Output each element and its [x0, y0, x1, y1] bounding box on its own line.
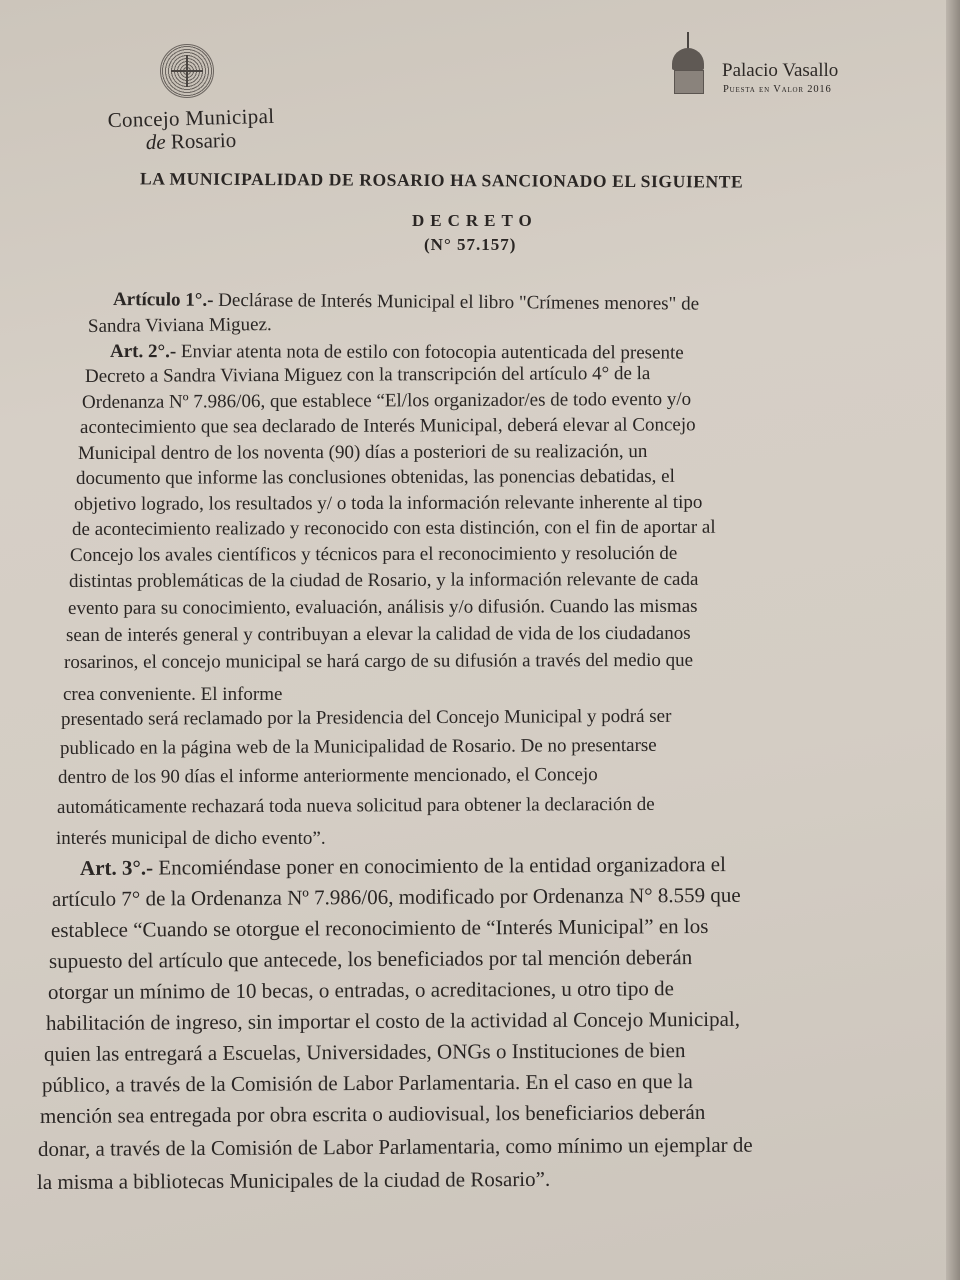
document-title: DECRETO — [412, 211, 538, 231]
text-line: publicado en la página web de la Municip… — [60, 733, 657, 762]
article-2-label: Art. 2°.- — [110, 341, 176, 362]
text-line: sean de interés general y contribuyan a … — [66, 621, 691, 649]
text-line: artículo 7° de la Ordenanza Nº 7.986/06,… — [52, 882, 741, 912]
palacio-vasallo-logo: Palacio Vasallo Puesta en Valor 2016 — [668, 30, 878, 100]
text-line: quien las entregará a Escuelas, Universi… — [44, 1037, 686, 1067]
text-line: automáticamente rechazará toda nueva sol… — [57, 792, 655, 821]
text-line: establece “Cuando se otorgue el reconoci… — [51, 913, 709, 943]
line-text: Enviar atenta nota de estilo con fotocop… — [176, 341, 684, 363]
text-line: dentro de los 90 días el informe anterio… — [58, 762, 598, 791]
dome-icon — [668, 30, 708, 94]
text-line: objetivo logrado, los resultados y/ o to… — [74, 490, 702, 518]
text-line: Concejo los avales científicos y técnico… — [70, 541, 677, 569]
logo-line-2: de Rosario — [96, 127, 287, 157]
text-line: Art. 3°.- Encomiéndase poner en conocimi… — [80, 851, 726, 881]
text-line: Sandra Viviana Miguez. — [88, 312, 272, 340]
text-line: distintas problemáticas de la ciudad de … — [69, 567, 698, 595]
text-line: supuesto del artículo que antecede, los … — [49, 944, 692, 974]
text-line: habilitación de ingreso, sin importar el… — [46, 1006, 740, 1036]
text-line: donar, a través de la Comisión de Labor … — [38, 1132, 753, 1162]
text-line: presentado será reclamado por la Preside… — [61, 704, 672, 733]
decree-number: (N° 57.157) — [424, 235, 516, 255]
text-line: mención sea entregada por obra escrita o… — [40, 1099, 705, 1129]
text-line: Ordenanza Nº 7.986/06, que establece “El… — [82, 387, 691, 416]
palacio-subtitle: Puesta en Valor 2016 — [723, 84, 832, 95]
text-line: otorgar un mínimo de 10 becas, o entrada… — [48, 975, 674, 1005]
text-line: interés municipal de dicho evento”. — [56, 826, 326, 852]
article-3-label: Art. 3°.- — [80, 856, 153, 880]
text-line: documento que informe las conclusiones o… — [76, 464, 675, 492]
document-heading: LA MUNICIPALIDAD DE ROSARIO HA SANCIONAD… — [140, 168, 743, 192]
text-line: evento para su conocimiento, evaluación,… — [68, 594, 698, 622]
text-line: la misma a bibliotecas Municipales de la… — [37, 1166, 550, 1195]
text-line: público, a través de la Comisión de Labo… — [42, 1068, 693, 1098]
text-line: rosarinos, el concejo municipal se hará … — [64, 648, 693, 676]
text-line: Municipal dentro de los noventa (90) día… — [78, 439, 647, 467]
logo-line-2-prefix: de — [145, 130, 165, 155]
seal-icon — [160, 44, 214, 98]
logo-line-2-city: Rosario — [165, 128, 236, 154]
text-line: crea conveniente. El informe — [63, 682, 282, 708]
text-line: Decreto a Sandra Viviana Miguez con la t… — [85, 361, 650, 390]
article-1-label: Artículo 1°.- — [113, 289, 214, 311]
text-line: acontecimiento que sea declarado de Inte… — [80, 412, 696, 441]
line-text: Declárase de Interés Municipal el libro … — [213, 290, 699, 315]
line-text: Encomiéndase poner en conocimiento de la… — [153, 852, 726, 879]
palacio-name: Palacio Vasallo — [722, 60, 838, 82]
text-line: de acontecimiento realizado y reconocido… — [72, 515, 716, 543]
concejo-municipal-logo: Concejo Municipal de Rosario — [96, 44, 286, 154]
page-edge-shadow — [946, 0, 960, 1280]
